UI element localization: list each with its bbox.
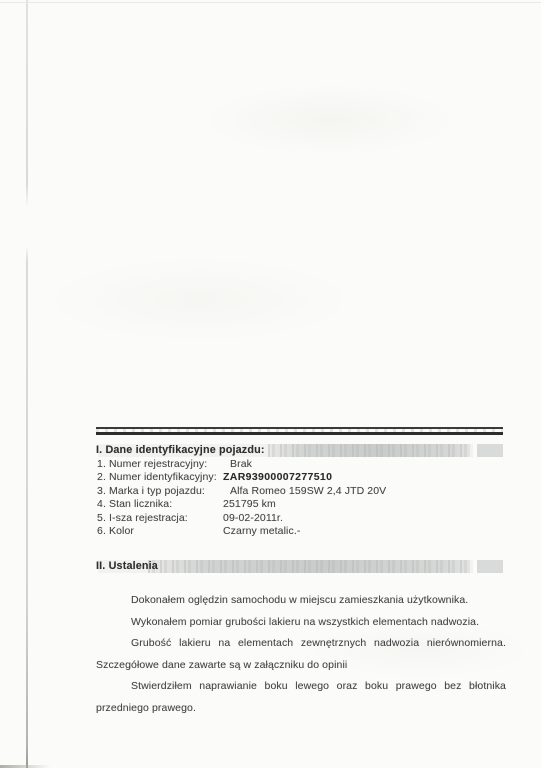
scanner-top-edge — [0, 2, 541, 3]
field-value: Alfa Romeo 159SW 2,4 JTD 20V — [223, 485, 386, 497]
scanned-page: I. Dane identyfikacyjne pojazdu: 1. Nume… — [0, 0, 541, 768]
scan-highlight-band-right — [477, 444, 503, 457]
body-line: Grubość lakieru na elementach zewnętrzny… — [96, 633, 506, 655]
page-fold-line — [26, 0, 28, 768]
scan-highlight-band-right — [477, 560, 503, 573]
body-line: Szczegółowe dane zawarte są w załączniku… — [96, 655, 506, 677]
section-2-heading-text: II. Ustalenia — [96, 560, 158, 572]
section-1-heading-text: I. Dane identyfikacyjne pojazdu: — [96, 444, 265, 456]
section-2-heading: II. Ustalenia — [96, 560, 503, 573]
field-label: 4. Stan licznika: — [97, 498, 223, 511]
body-line: przedniego prawego. — [96, 698, 506, 720]
field-label: 2. Numer identyfikacyjny: — [97, 471, 223, 484]
field-label: 5. I-sza rejestracja: — [97, 512, 223, 525]
field-label: 3. Marka i typ pojazdu: — [97, 485, 223, 498]
body-line: Stwierdziłem naprawianie boku lewego ora… — [96, 676, 506, 698]
field-label: 6. Kolor — [97, 525, 223, 538]
field-row-first-registration: 5. I-sza rejestracja:09-02-2011r. — [97, 512, 517, 525]
scan-highlight-band — [148, 560, 470, 573]
field-value: Czarny metalic.- — [223, 525, 300, 537]
body-line: Dokonałem oględzin samochodu w miejscu z… — [96, 590, 506, 612]
scanner-left-edge — [0, 0, 5, 768]
findings-text: Dokonałem oględzin samochodu w miejscu z… — [96, 590, 506, 720]
field-value: Brak — [223, 458, 252, 470]
scan-highlight-band — [268, 444, 470, 457]
field-row-odometer: 4. Stan licznika:251795 km — [97, 498, 517, 511]
field-value: 09-02-2011r. — [223, 512, 283, 524]
field-row-make-type: 3. Marka i typ pojazdu:Alfa Romeo 159SW … — [97, 485, 517, 498]
field-value-vin: ZAR93900007277510 — [223, 471, 332, 483]
section-1-heading: I. Dane identyfikacyjne pojazdu: — [96, 444, 503, 457]
body-line: Wykonałem pomiar grubości lakieru na wsz… — [96, 612, 506, 634]
field-row-vin: 2. Numer identyfikacyjny:ZAR939000072775… — [97, 471, 517, 484]
field-label: 1. Numer rejestracyjny: — [97, 458, 223, 471]
field-row-registration: 1. Numer rejestracyjny:Brak — [97, 458, 517, 471]
identification-fields: 1. Numer rejestracyjny:Brak 2. Numer ide… — [97, 458, 517, 538]
field-value: 251795 km — [223, 498, 276, 510]
field-row-color: 6. KolorCzarny metalic.- — [97, 525, 517, 538]
section-divider-double-rule — [96, 427, 503, 435]
